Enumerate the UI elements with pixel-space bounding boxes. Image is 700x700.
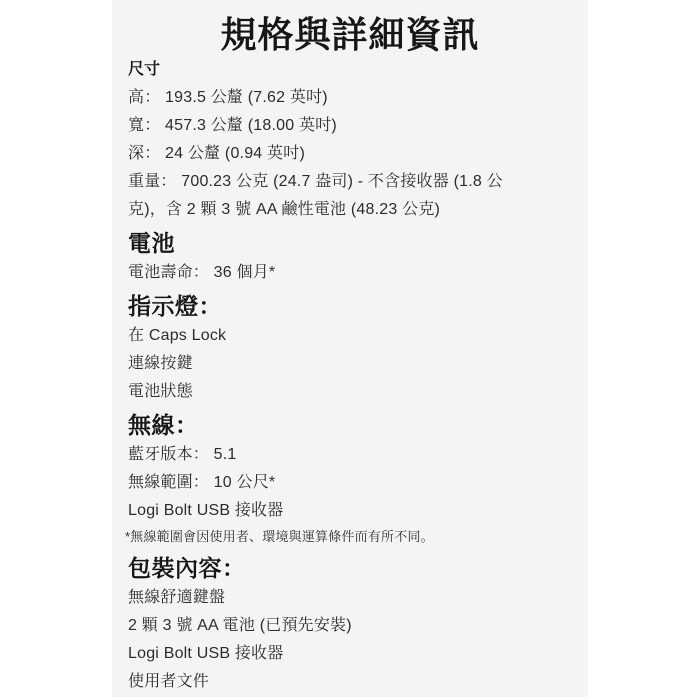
spec-line: 在 Caps Lock	[128, 322, 504, 350]
spec-line: 寬： 457.3 公釐 (18.00 英吋)	[128, 112, 504, 140]
spec-section: 無線：藍牙版本： 5.1無線範圍： 10 公尺*Logi Bolt USB 接收…	[128, 409, 504, 549]
spec-line: 無線舒適鍵盤	[128, 584, 504, 612]
spec-line: 2 顆 3 號 AA 電池 (已預先安裝)	[128, 612, 504, 640]
spec-line: Logi Bolt USB 接收器	[128, 497, 504, 525]
spec-line: 高： 193.5 公釐 (7.62 英吋)	[128, 84, 504, 112]
section-heading: 電池	[128, 227, 504, 259]
section-heading: 包裝內容：	[128, 552, 504, 584]
section-heading: 指示燈：	[128, 290, 504, 322]
spec-section: 包裝內容：無線舒適鍵盤2 顆 3 號 AA 電池 (已預先安裝)Logi Bol…	[128, 552, 504, 696]
spec-line: 深： 24 公釐 (0.94 英吋)	[128, 140, 504, 168]
section-heading: 無線：	[128, 409, 504, 441]
spec-line: 無線範圍： 10 公尺*	[128, 469, 504, 497]
spec-line: Logi Bolt USB 接收器	[128, 640, 504, 668]
spec-line: 使用者文件	[128, 668, 504, 696]
spec-line: 重量： 700.23 公克 (24.7 盎司) - 不含接收器 (1.8 公克)…	[128, 168, 504, 224]
section-heading: 尺寸	[128, 56, 504, 84]
spec-content: 尺寸高： 193.5 公釐 (7.62 英吋)寬： 457.3 公釐 (18.0…	[128, 56, 504, 696]
spec-line: 電池壽命： 36 個月*	[128, 259, 504, 287]
spec-section: 尺寸高： 193.5 公釐 (7.62 英吋)寬： 457.3 公釐 (18.0…	[128, 56, 504, 224]
footnote: *無線範圍會因使用者、環境與運算條件而有所不同。	[125, 525, 504, 549]
spec-panel: 規格與詳細資訊 尺寸高： 193.5 公釐 (7.62 英吋)寬： 457.3 …	[112, 0, 588, 697]
page-title: 規格與詳細資訊	[112, 14, 588, 56]
spec-line: 連線按鍵	[128, 350, 504, 378]
spec-section: 指示燈：在 Caps Lock連線按鍵電池狀態	[128, 290, 504, 406]
spec-line: 電池狀態	[128, 378, 504, 406]
spec-line: 藍牙版本： 5.1	[128, 441, 504, 469]
spec-section: 電池電池壽命： 36 個月*	[128, 227, 504, 287]
